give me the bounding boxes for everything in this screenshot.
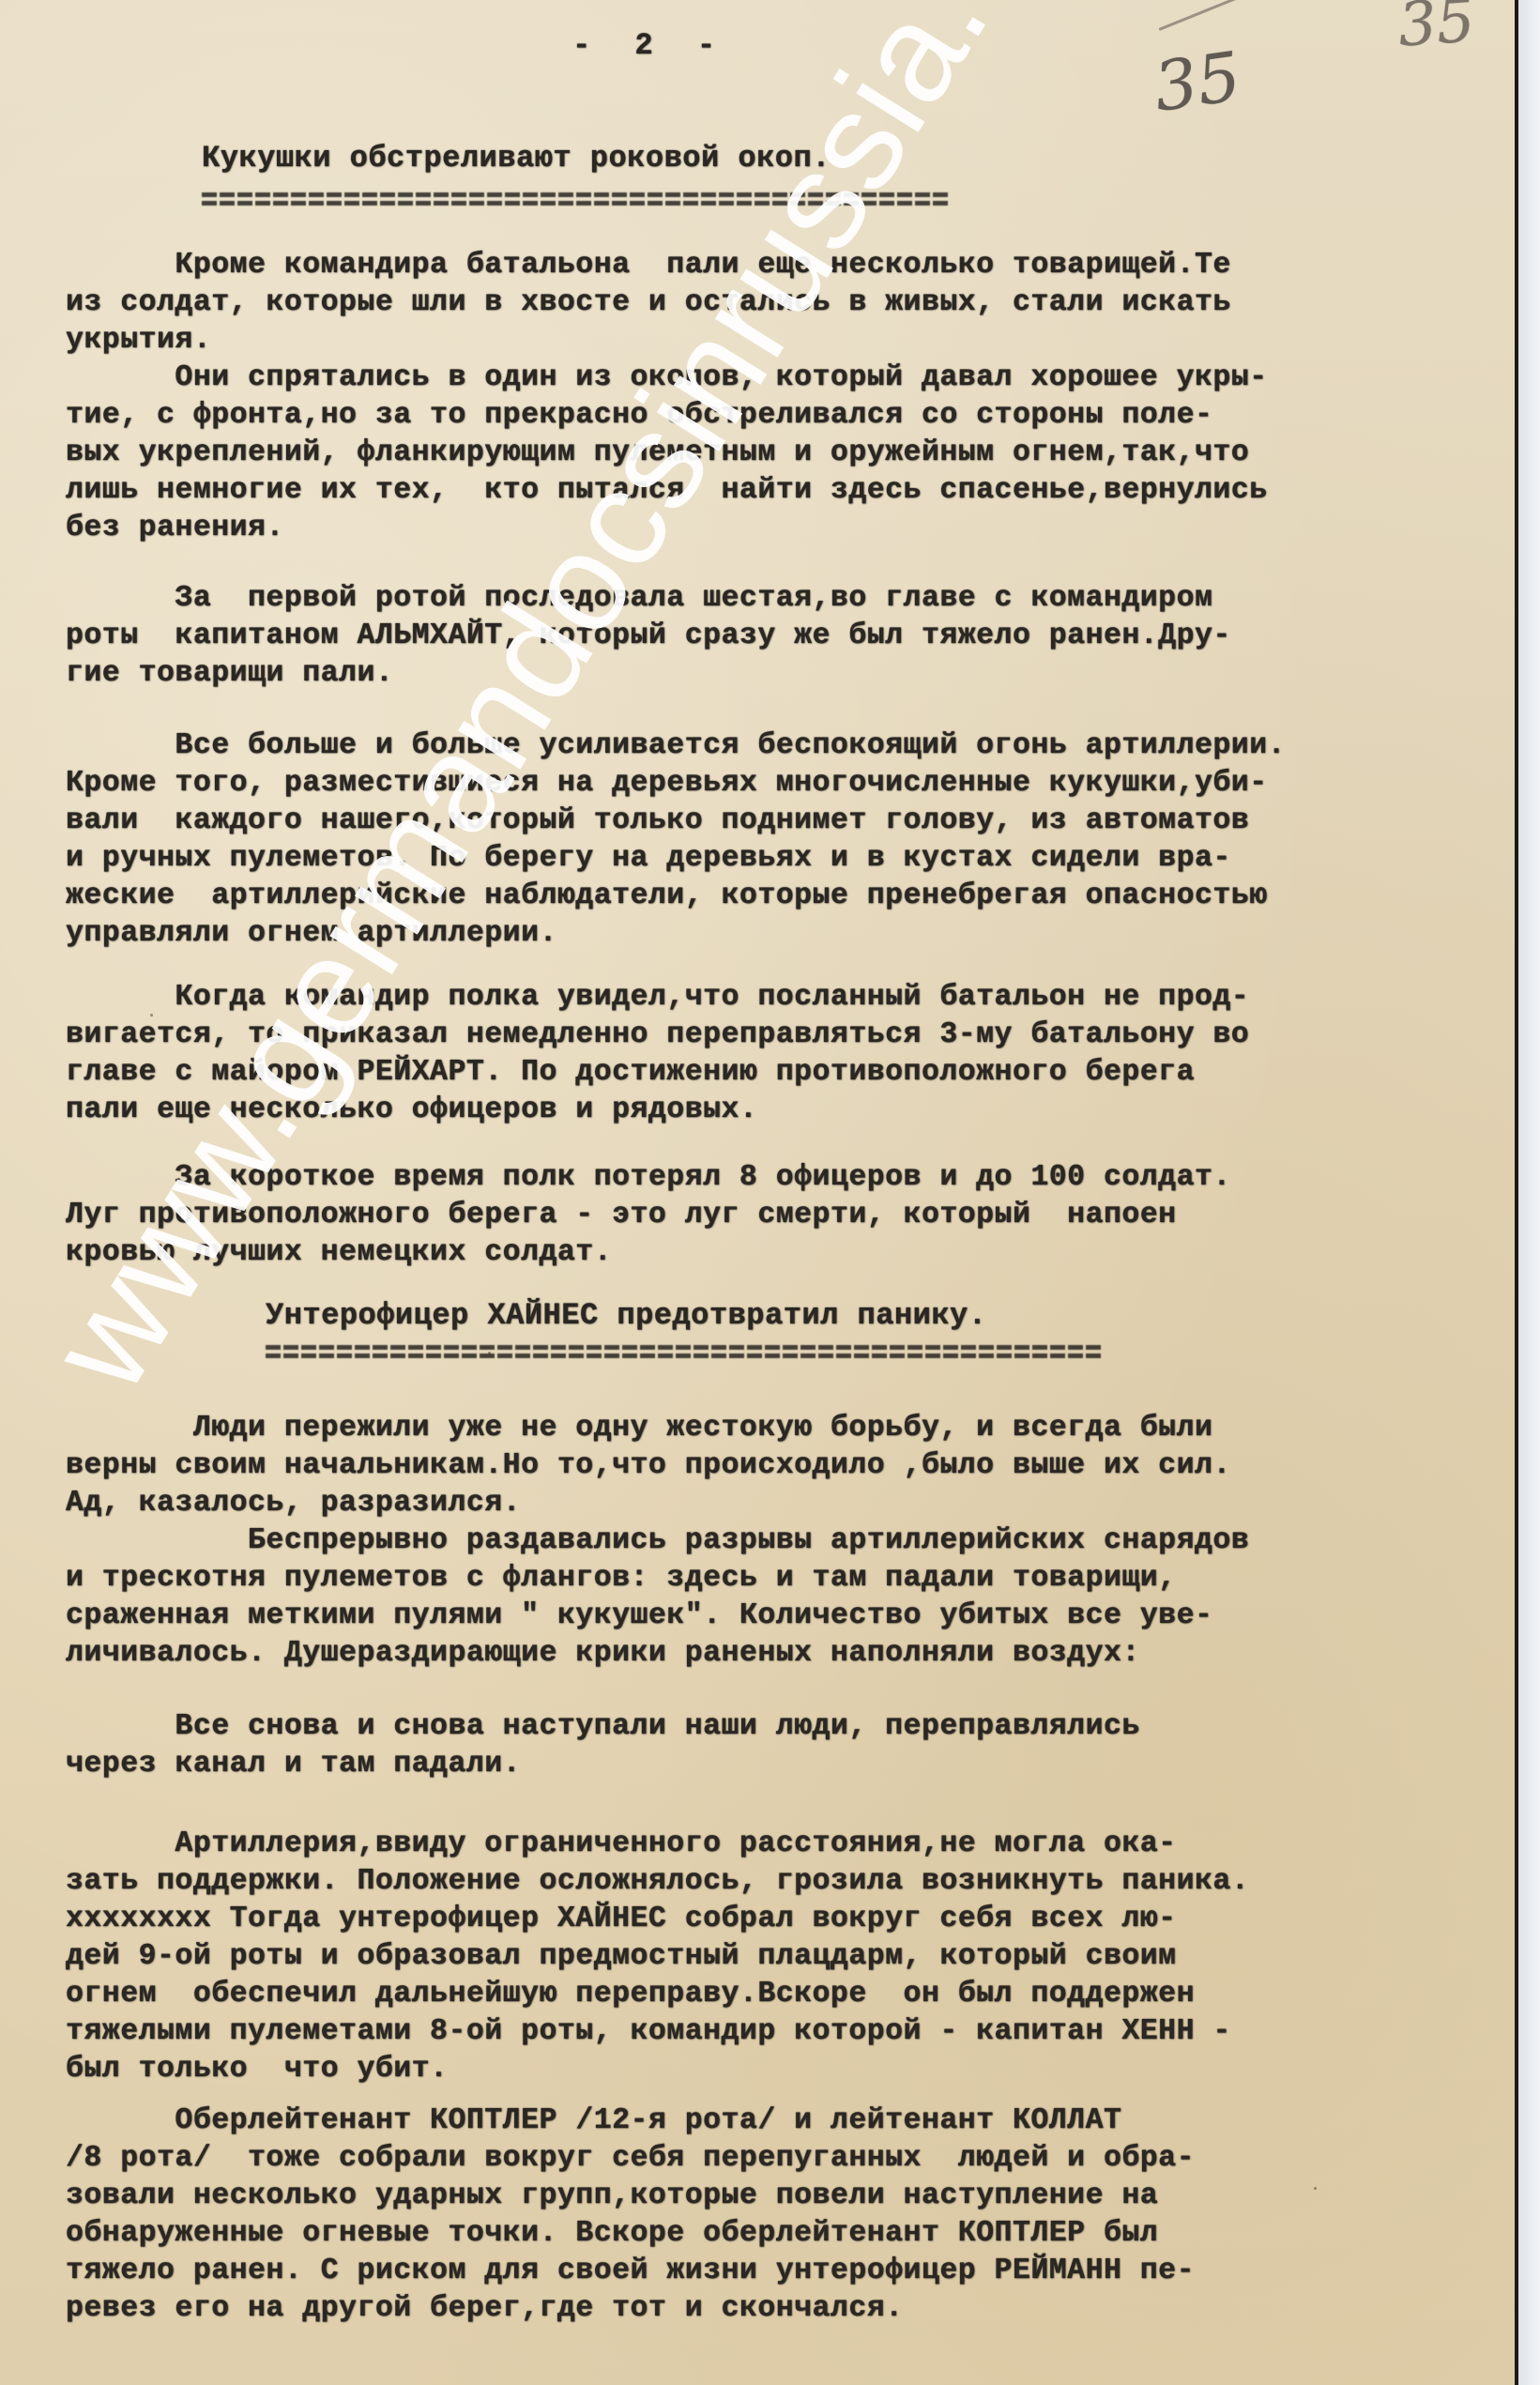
text-line: ревез его на другой берег,где тот и скон… <box>66 2290 1518 2328</box>
text-line: хххххххх Тогда унтерофицер ХАЙНЕС собрал… <box>66 1901 1518 1938</box>
text-line: дей 9-ой роты и образовал предмостный пл… <box>66 1938 1518 1976</box>
pencil-stroke <box>1158 0 1342 31</box>
document-page: - 2 - 35 35 Кукушки обстреливают роковой… <box>0 0 1518 2385</box>
text-line: укрытия. <box>66 322 1518 359</box>
text-line: Все больше и больше усиливается беспокоя… <box>66 727 1518 765</box>
paragraph: За первой ротой последовала шестая,во гл… <box>66 580 1518 693</box>
text-line: Все снова и снова наступали наши люди, п… <box>66 1708 1518 1746</box>
text-line: /8 рота/ тоже собрали вокруг себя перепу… <box>66 2140 1518 2178</box>
paragraph: Люди пережили уже не одну жестокую борьб… <box>66 1410 1518 1673</box>
text-line: Артиллерия,ввиду ограниченного расстояни… <box>66 1826 1518 1863</box>
text-line: верны своим начальникам.Но то,что происх… <box>66 1447 1518 1485</box>
text-line: был только что убит. <box>66 2051 1518 2088</box>
text-line: тяжелыми пулеметами 8-ой роты, командир … <box>66 2013 1518 2051</box>
paragraph: Когда командир полка увидел,что посланны… <box>66 979 1518 1129</box>
paragraph: Оберлейтенант КОПТЛЕР /12-я рота/ и лейт… <box>66 2102 1518 2328</box>
page-number: - 2 - <box>572 28 728 63</box>
archive-folio-number-old: 35 <box>1396 0 1477 61</box>
archive-folio-number: 35 <box>1150 37 1245 127</box>
text-line: Люди пережили уже не одну жестокую борьб… <box>66 1410 1518 1447</box>
paragraph: Артиллерия,ввиду ограниченного расстояни… <box>66 1826 1518 2088</box>
text-line: жеские артиллерийские наблюдатели, котор… <box>66 878 1518 915</box>
text-line: лишь немногие их тех, кто пытался найти … <box>66 472 1518 510</box>
text-line: Кроме того, разместившиеся на деревьях м… <box>66 765 1518 803</box>
paragraph: Кроме командира батальона пали еще неско… <box>66 247 1518 359</box>
paper-speck <box>150 1014 153 1017</box>
text-line: тие, с фронта,но за то прекрасно обстрел… <box>66 397 1518 435</box>
text-line: Оберлейтенант КОПТЛЕР /12-я рота/ и лейт… <box>66 2102 1518 2140</box>
text-line: Луг противоположного берега - это луг см… <box>66 1197 1518 1234</box>
text-line: вых укреплений, фланкирующим пулеметным … <box>66 435 1518 472</box>
section-heading: Унтерофицер ХАЙНЕС предотвратил панику. <box>266 1298 986 1333</box>
text-line: главе с майором РЕЙХАРТ. По достижению п… <box>66 1054 1518 1092</box>
text-line: без ранения. <box>66 510 1518 547</box>
text-line: зовали несколько ударных групп,которые п… <box>66 2178 1518 2215</box>
text-line: зать поддержки. Положение осложнялось, г… <box>66 1863 1518 1901</box>
text-line: через канал и там падали. <box>66 1746 1518 1783</box>
text-line: гие товарищи пали. <box>66 655 1518 693</box>
paragraph: Все больше и больше усиливается беспокоя… <box>66 727 1518 953</box>
text-line: Они спрятались в один из окопов, который… <box>66 359 1518 397</box>
text-line: пали еще несколько офицеров и рядовых. <box>66 1092 1518 1129</box>
paper-speck <box>488 1352 491 1354</box>
text-line: роты капитаном АЛЬМХАЙТ, который сразу ж… <box>66 618 1518 655</box>
text-line: огнем обеспечил дальнейшую переправу.Вск… <box>66 1976 1518 2013</box>
paragraph: Все снова и снова наступали наши люди, п… <box>66 1708 1518 1783</box>
section-heading: Кукушки обстреливают роковой окоп. <box>202 141 831 176</box>
text-line: и трескотня пулеметов с флангов: здесь и… <box>66 1560 1518 1598</box>
heading-underline <box>266 1345 1101 1358</box>
paper-speck <box>1314 2187 1317 2190</box>
text-line: Беспрерывно раздавались разрывы артиллер… <box>66 1522 1518 1560</box>
paragraph: За короткое время полк потерял 8 офицеро… <box>66 1159 1518 1272</box>
text-line: и ручных пулеметов. По берегу на деревья… <box>66 840 1518 878</box>
text-line: сраженная меткими пулями " кукушек". Кол… <box>66 1598 1518 1635</box>
text-line: За первой ротой последовала шестая,во гл… <box>66 580 1518 618</box>
scan-background-edge <box>1518 0 1540 2385</box>
text-line: личивалось. Душераздирающие крики ранены… <box>66 1635 1518 1673</box>
text-line: Когда командир полка увидел,что посланны… <box>66 979 1518 1017</box>
text-line: обнаруженные огневые точки. Вскоре оберл… <box>66 2215 1518 2253</box>
text-line: Кроме командира батальона пали еще неско… <box>66 247 1518 284</box>
heading-underline <box>202 192 948 206</box>
text-line: управляли огнем артиллерии. <box>66 915 1518 953</box>
text-line: из солдат, которые шли в хвосте и остали… <box>66 284 1518 322</box>
text-line: За короткое время полк потерял 8 офицеро… <box>66 1159 1518 1197</box>
text-line: Ад, казалось, разразился. <box>66 1485 1518 1522</box>
text-line: тяжело ранен. С риском для своей жизни у… <box>66 2253 1518 2290</box>
paragraph: Они спрятались в один из окопов, который… <box>66 359 1518 547</box>
text-line: вали каждого нашего,который только подни… <box>66 803 1518 840</box>
text-line: вигается, то приказал немедленно перепра… <box>66 1017 1518 1054</box>
text-line: кровью лучших немецких солдат. <box>66 1234 1518 1272</box>
